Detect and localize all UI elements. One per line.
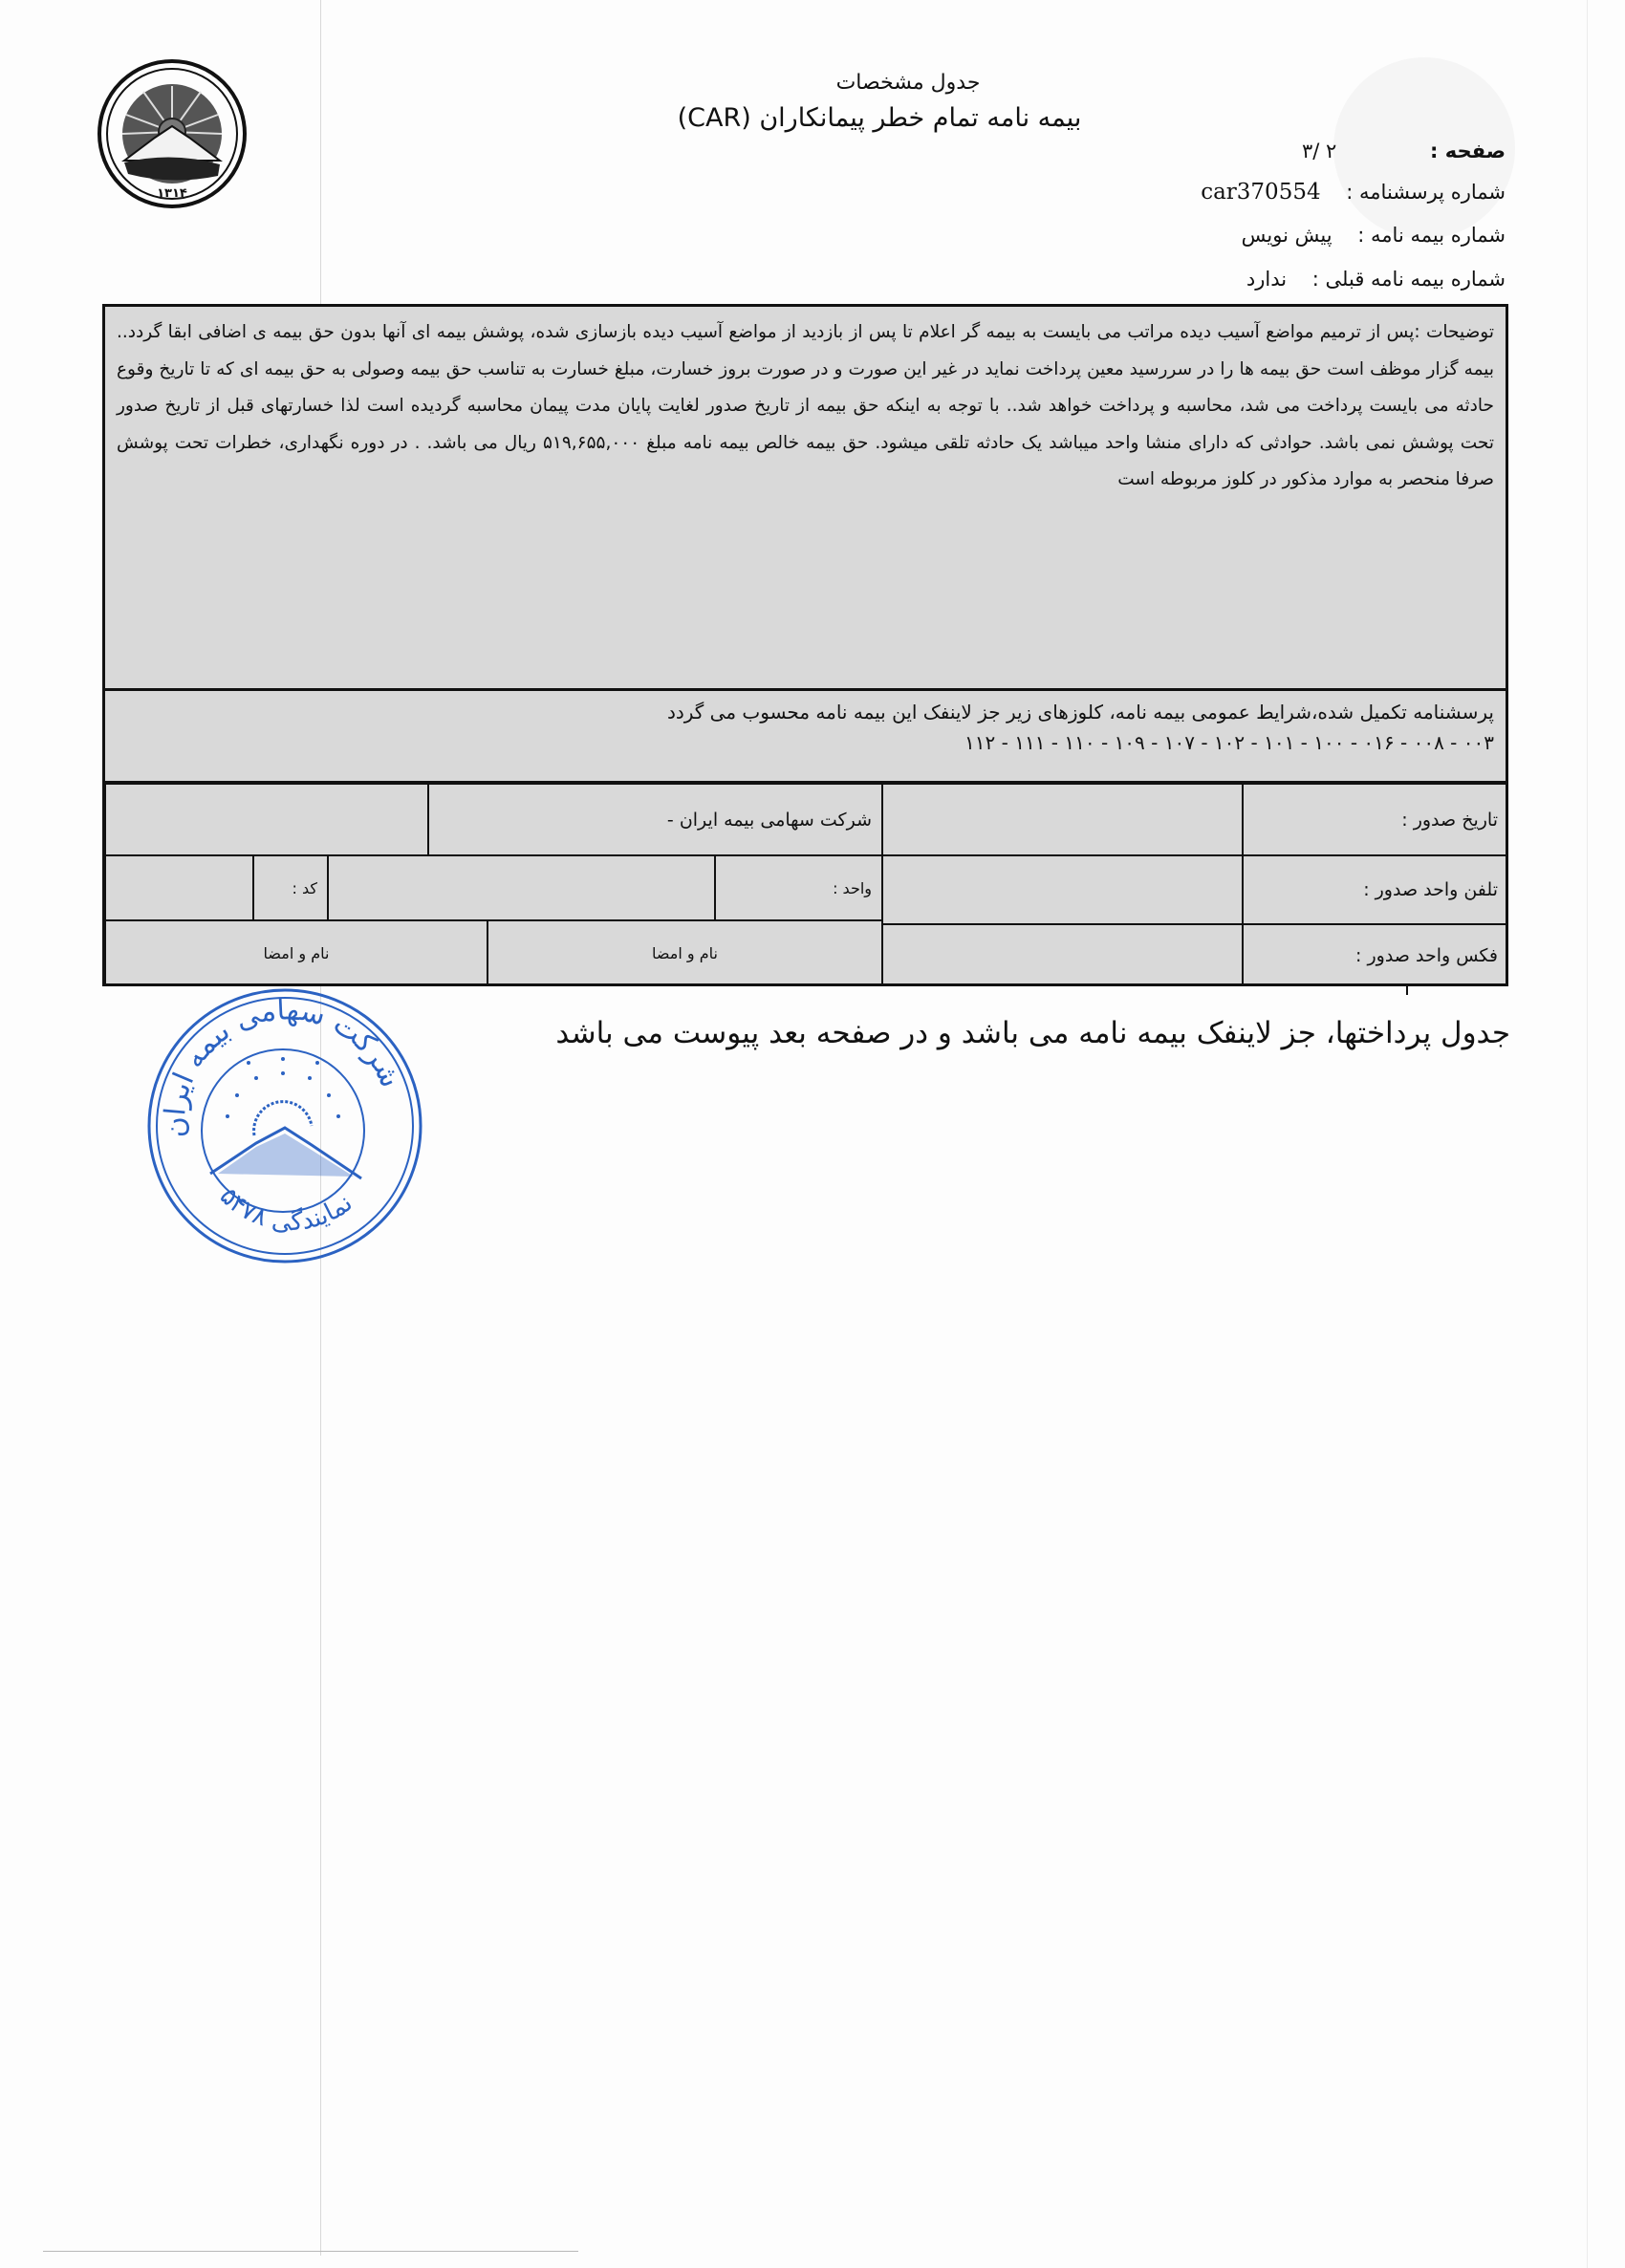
- issue-fax-value-cell: [882, 924, 1243, 986]
- unit-label: واحد :: [833, 879, 872, 897]
- company-name: شرکت سهامی بیمه ایران -: [667, 810, 872, 831]
- company-stamp-icon: شرکت سهامی بیمه ایران نمایندگی ۵۴۷۸: [141, 983, 428, 1269]
- payments-schedule-note: جدول پرداختها، جز لاینفک بیمه نامه می با…: [468, 1016, 1510, 1050]
- page-number-row: صفحه : ۲ /۳: [1302, 140, 1506, 162]
- questionnaire-number-row: شماره پرسشنامه : car370554: [1201, 180, 1506, 205]
- code-label-cell: کد :: [253, 855, 328, 920]
- signature-cell-2: نام و امضا: [105, 920, 487, 986]
- issue-fax-label: فکس واحد صدور :: [1355, 945, 1498, 966]
- page-label: صفحه :: [1362, 140, 1506, 162]
- unit-value-cell: [328, 855, 715, 920]
- code-label: کد :: [292, 879, 318, 897]
- issue-date-value-cell: [882, 784, 1243, 855]
- company-logo-icon: ۱۳۱۴: [96, 57, 249, 210]
- svg-text:نمایندگی ۵۴۷۸: نمایندگی ۵۴۷۸: [214, 1182, 358, 1238]
- notes-section: توضیحات :پس از ترمیم مواضع آسیب دیده مرا…: [102, 304, 1508, 691]
- signature-label-2: نام و امضا: [264, 944, 330, 962]
- row1-empty-cell: [105, 784, 428, 855]
- previous-policy-label: شماره بیمه نامه قبلی :: [1312, 268, 1506, 291]
- signature-cell-1: نام و امضا: [487, 920, 882, 986]
- notes-text: توضیحات :پس از ترمیم مواضع آسیب دیده مرا…: [117, 314, 1494, 499]
- document-title-line2: بیمه نامه تمام خطر پیمانکاران (CAR): [593, 103, 1166, 133]
- signature-label-1: نام و امضا: [652, 944, 718, 962]
- page-value: ۲ /۳: [1302, 140, 1336, 162]
- clauses-list: ۰۰۳ - ۰۰۸ - ۰۱۶ - ۱۰۰ - ۱۰۱ - ۱۰۲ - ۱۰۷ …: [964, 731, 1494, 754]
- document-title-line1: جدول مشخصات: [669, 71, 1147, 95]
- policy-number-row: شماره بیمه نامه : پیش نویس: [1242, 224, 1506, 247]
- unit-label-cell: واحد :: [715, 855, 882, 920]
- issue-phone-value-cell: [882, 855, 1243, 924]
- policy-value: پیش نویس: [1242, 224, 1332, 247]
- scan-artifact-edge: [1587, 0, 1588, 2268]
- issue-date-label: تاریخ صدور :: [1401, 810, 1498, 831]
- svg-text:۱۳۱۴: ۱۳۱۴: [157, 186, 187, 201]
- svg-text:شرکت سهامی بیمه ایران: شرکت سهامی بیمه ایران: [159, 993, 407, 1138]
- clauses-section: پرسشنامه تکمیل شده،شرایط عمومی بیمه نامه…: [102, 688, 1508, 784]
- scan-artifact-horizontal: [43, 2251, 578, 2252]
- code-value-cell: [105, 855, 253, 920]
- issue-fax-label-cell: فکس واحد صدور :: [1243, 924, 1508, 986]
- previous-policy-value: ندارد: [1246, 268, 1287, 291]
- clauses-description: پرسشنامه تکمیل شده،شرایط عمومی بیمه نامه…: [667, 701, 1494, 724]
- issue-date-label-cell: تاریخ صدور :: [1243, 784, 1508, 855]
- company-name-cell: شرکت سهامی بیمه ایران -: [428, 784, 882, 855]
- policy-label: شماره بیمه نامه :: [1357, 224, 1506, 247]
- issuance-grid: تاریخ صدور : تلفن واحد صدور : فکس واحد ص…: [102, 781, 1508, 986]
- issue-phone-label-cell: تلفن واحد صدور :: [1243, 855, 1508, 924]
- questionnaire-value: car370554: [1201, 180, 1320, 205]
- questionnaire-label: شماره پرسشنامه :: [1346, 181, 1506, 204]
- previous-policy-row: شماره بیمه نامه قبلی : ندارد: [1246, 268, 1506, 291]
- issue-phone-label: تلفن واحد صدور :: [1363, 879, 1498, 900]
